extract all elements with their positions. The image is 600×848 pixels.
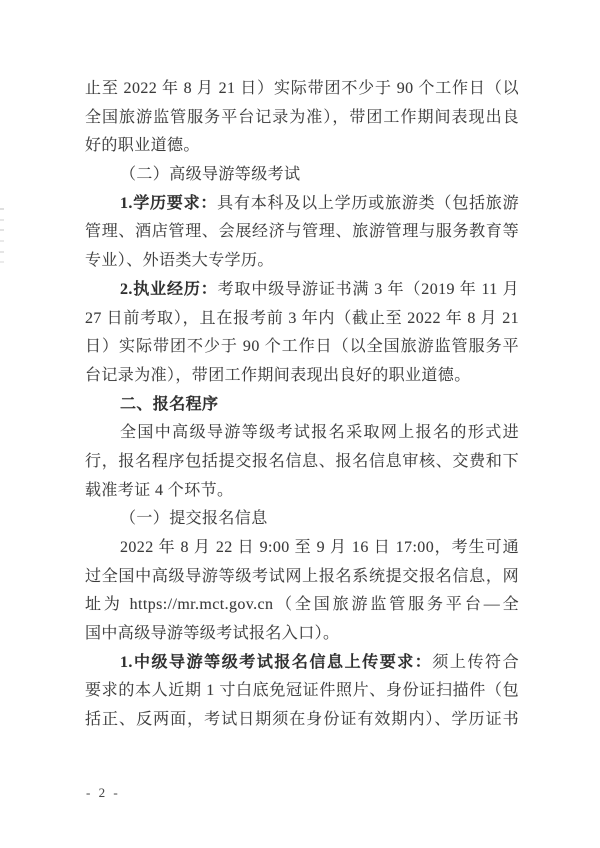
body-text: （二）高级导游等级考试 bbox=[120, 166, 300, 183]
text-line: 2.执业经历：考取中级导游证书满 3 年（2019 年 11 月 bbox=[85, 276, 519, 305]
scan-artifact bbox=[0, 208, 4, 210]
text-line: 1.学历要求：具有本科及以上学历或旅游类（包括旅游 bbox=[85, 190, 519, 219]
body-text: 考取中级导游证书满 3 年（2019 年 11 月 bbox=[218, 281, 519, 298]
body-text: 27 日前考取），且在报考前 3 年内（截止至 2022 年 8 月 21 bbox=[85, 310, 519, 327]
text-line: 好的职业道德。 bbox=[85, 132, 519, 161]
text-line: 1.中级导游等级考试报名信息上传要求：须上传符合 bbox=[85, 649, 519, 678]
scan-artifact bbox=[0, 251, 4, 253]
text-line: 载准考证 4 个环节。 bbox=[85, 477, 519, 506]
body-text: 过全国中高级导游等级考试网上报名系统提交报名信息，网 bbox=[85, 568, 519, 585]
body-text: 全国旅游监管服务平台记录为准），带团工作期间表现出良 bbox=[85, 109, 519, 126]
body-text: 止至 2022 年 8 月 21 日）实际带团不少于 90 个工作日（以 bbox=[85, 80, 519, 97]
body-text: （一）提交报名信息 bbox=[120, 510, 268, 527]
text-line: 行，报名程序包括提交报名信息、报名信息审核、交费和下 bbox=[85, 448, 519, 477]
text-line: 全国旅游监管服务平台记录为准），带团工作期间表现出良 bbox=[85, 104, 519, 133]
text-line: （一）提交报名信息 bbox=[85, 505, 519, 534]
text-line: 全国中高级导游等级考试报名采取网上报名的形式进 bbox=[85, 419, 519, 448]
text-line: 址为 https://mr.mct.gov.cn（全国旅游监管服务平台—全 bbox=[85, 591, 519, 620]
bold-text: 二、报名程序 bbox=[120, 396, 218, 413]
body-text: 日）实际带团不少于 90 个工作日（以全国旅游监管服务平 bbox=[85, 338, 519, 355]
text-line: 管理、酒店管理、会展经济与管理、旅游管理与服务教育等 bbox=[85, 218, 519, 247]
page-number: - 2 - bbox=[86, 785, 120, 801]
scan-artifact bbox=[0, 229, 4, 231]
bold-text: 1.中级导游等级考试报名信息上传要求： bbox=[120, 654, 432, 671]
scan-artifact bbox=[0, 219, 4, 221]
text-line: 2022 年 8 月 22 日 9:00 至 9 月 16 日 17:00，考生… bbox=[85, 534, 519, 563]
text-line: 括正、反两面，考试日期须在身份证有效期内）、学历证书 bbox=[85, 706, 519, 735]
body-text: 2022 年 8 月 22 日 9:00 至 9 月 16 日 17:00，考生… bbox=[120, 539, 519, 556]
text-line: 过全国中高级导游等级考试网上报名系统提交报名信息，网 bbox=[85, 563, 519, 592]
body-text: 专业）、外语类大专学历。 bbox=[85, 252, 274, 269]
body-text: 国中高级导游等级考试报名入口）。 bbox=[85, 625, 339, 642]
text-line: 台记录为准），带团工作期间表现出良好的职业道德。 bbox=[85, 362, 519, 391]
body-text: 行，报名程序包括提交报名信息、报名信息审核、交费和下 bbox=[85, 453, 519, 470]
body-text: 须上传符合 bbox=[432, 654, 519, 671]
document-text: 止至 2022 年 8 月 21 日）实际带团不少于 90 个工作日（以全国旅游… bbox=[85, 75, 519, 735]
document-page: 止至 2022 年 8 月 21 日）实际带团不少于 90 个工作日（以全国旅游… bbox=[0, 0, 600, 848]
scan-artifact bbox=[0, 240, 4, 242]
text-line: 要求的本人近期 1 寸白底免冠证件照片、身份证扫描件（包 bbox=[85, 677, 519, 706]
bold-text: 1.学历要求： bbox=[120, 195, 217, 212]
text-line: 二、报名程序 bbox=[85, 391, 519, 420]
text-line: 国中高级导游等级考试报名入口）。 bbox=[85, 620, 519, 649]
body-text: 管理、酒店管理、会展经济与管理、旅游管理与服务教育等 bbox=[85, 223, 519, 240]
body-text: 具有本科及以上学历或旅游类（包括旅游 bbox=[217, 195, 519, 212]
bold-text: 2.执业经历： bbox=[120, 281, 218, 298]
text-line: 27 日前考取），且在报考前 3 年内（截止至 2022 年 8 月 21 bbox=[85, 305, 519, 334]
text-line: 日）实际带团不少于 90 个工作日（以全国旅游监管服务平 bbox=[85, 333, 519, 362]
text-line: 专业）、外语类大专学历。 bbox=[85, 247, 519, 276]
body-text: 全国中高级导游等级考试报名采取网上报名的形式进 bbox=[120, 424, 519, 441]
body-text: 要求的本人近期 1 寸白底免冠证件照片、身份证扫描件（包 bbox=[85, 682, 519, 699]
body-text: 好的职业道德。 bbox=[85, 137, 200, 154]
body-text: 载准考证 4 个环节。 bbox=[85, 482, 233, 499]
body-text: 括正、反两面，考试日期须在身份证有效期内）、学历证书 bbox=[85, 711, 519, 728]
text-line: （二）高级导游等级考试 bbox=[85, 161, 519, 190]
body-text: 址为 https://mr.mct.gov.cn（全国旅游监管服务平台—全 bbox=[85, 596, 519, 613]
body-text: 台记录为准），带团工作期间表现出良好的职业道德。 bbox=[85, 367, 471, 384]
text-line: 止至 2022 年 8 月 21 日）实际带团不少于 90 个工作日（以 bbox=[85, 75, 519, 104]
scan-artifact bbox=[0, 261, 4, 263]
